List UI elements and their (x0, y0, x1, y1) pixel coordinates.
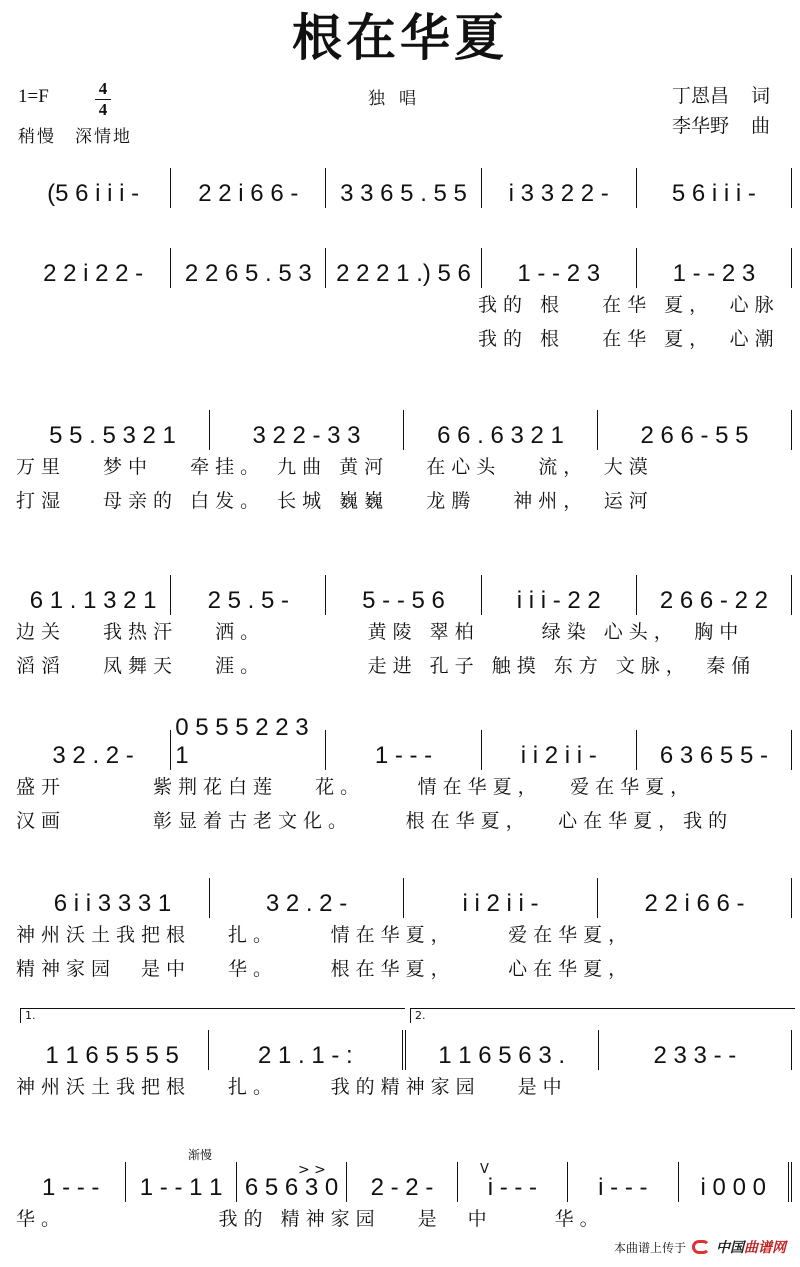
measure: 2 2 i 6 6 - (598, 878, 792, 918)
measure: 2 2 i 2 2 - (16, 248, 171, 288)
measure: 1 - - - (16, 1162, 126, 1202)
measure: i i i - 2 2 (482, 575, 637, 615)
measure: 2 2 2 1 .) 5 6 (326, 248, 481, 288)
notes-row-1: (5 6 i i i - 2 2 i 6 6 - 3 3 6 5 . 5 5 i… (16, 168, 792, 208)
measure-repeat-end: 2 1 . 1 - : (209, 1030, 405, 1070)
lyric-verse-2: 汉画 彰显着古老文化。 根在华夏， 心在华夏，我的 (16, 804, 792, 838)
measure: 0 5 5 5 2 2 3 1 (171, 730, 326, 770)
measure: 2 3 3 - - (599, 1030, 792, 1070)
measure: 2 6 6 - 2 2 (637, 575, 792, 615)
lyric-verse-2: 滔滔 凤舞天 涯。 走进 孔子 触摸 东方 文脉， 秦俑 (16, 649, 792, 683)
composer-credit: 李华野曲 (672, 115, 770, 137)
measure: 5 6 i i i - (637, 168, 792, 208)
measure: i - - - (458, 1162, 568, 1202)
measure: 1 1 6 5 5 5 5 (16, 1030, 209, 1070)
volta-second-ending: 2. (410, 1008, 795, 1023)
staff-row-1: (5 6 i i i - 2 2 i 6 6 - 3 3 6 5 . 5 5 i… (16, 168, 792, 208)
measure: 1 - - 2 3 (637, 248, 792, 288)
measure: 6 3 6 5 5 - (637, 730, 792, 770)
notes-row-5: 3 2 . 2 - 0 5 5 5 2 2 3 1 1 - - - i i 2 … (16, 730, 792, 770)
staff-row-3: 5 5 . 5 3 2 1 3 2 2 - 3 3 6 6 . 6 3 2 1 … (16, 410, 792, 518)
upload-text: 本曲谱上传于 (614, 1239, 686, 1256)
measure: 1 - - - (326, 730, 481, 770)
measure: i i 2 i i - (482, 730, 637, 770)
site-name: 中国曲谱网 (716, 1237, 786, 1257)
time-signature: 4 4 (95, 80, 111, 119)
lyricist-name: 丁恩昌 (672, 85, 729, 107)
measure: 1 1 6 5 6 3 . (406, 1030, 599, 1070)
lyric-verse-2: 精神家园 是中 华。 根在华夏， 心在华夏， (16, 952, 792, 986)
measure: 6 5 6 3 0 (237, 1162, 347, 1202)
lyricist-role: 词 (751, 85, 770, 107)
lyric-verse-1: 我的 根 在华 夏， 心脉 (16, 288, 792, 322)
lyric-verse-2: 我的 根 在华 夏， 心潮 (16, 322, 792, 356)
lyric-line: 华。 我的 精神家园 是 中 华。 (16, 1202, 792, 1236)
measure: 2 - 2 - (347, 1162, 457, 1202)
measure: (5 6 i i i - (16, 168, 171, 208)
lyric-line: 神州沃土我把根 扎。 我的精神家园 是中 (16, 1070, 792, 1104)
ritardando-marking: 渐慢 (188, 1146, 212, 1163)
lyricist-credit: 丁恩昌词 (672, 85, 770, 107)
song-title: 根在华夏 (0, 8, 800, 68)
measure: 6 1 . 1 3 2 1 (16, 575, 171, 615)
measure: 3 2 2 - 3 3 (210, 410, 404, 450)
notes-row-8: 1 - - - 1 - - 1 1 6 5 6 3 0 2 - 2 - i - … (16, 1162, 792, 1202)
measure: 3 2 . 2 - (16, 730, 171, 770)
tempo-marking: 稍慢 深情地 (18, 126, 132, 148)
time-signature-top: 4 (95, 80, 111, 98)
staff-row-6: 6 i i 3 3 3 1 3 2 . 2 - i i 2 i i - 2 2 … (16, 878, 792, 986)
notes-row-4: 6 1 . 1 3 2 1 2 5 . 5 - 5 - - 5 6 i i i … (16, 575, 792, 615)
key-signature: 1=F (18, 86, 49, 108)
measure: 3 3 6 5 . 5 5 (326, 168, 481, 208)
lyric-verse-1: 神州沃土我把根 扎。 情在华夏， 爱在华夏， (16, 918, 792, 952)
measure: 3 2 . 2 - (210, 878, 404, 918)
measure: i - - - (568, 1162, 678, 1202)
notes-row-7: 1 1 6 5 5 5 5 2 1 . 1 - : 1 1 6 5 6 3 . … (16, 1030, 792, 1070)
measure: 5 - - 5 6 (326, 575, 481, 615)
measure: 2 2 i 6 6 - (171, 168, 326, 208)
measure: 2 6 6 - 5 5 (598, 410, 792, 450)
staff-row-7: 1 1 6 5 5 5 5 2 1 . 1 - : 1 1 6 5 6 3 . … (16, 1030, 792, 1104)
measure: i i 2 i i - (404, 878, 598, 918)
time-signature-bottom: 4 (95, 101, 111, 119)
measure: 6 6 . 6 3 2 1 (404, 410, 598, 450)
staff-row-4: 6 1 . 1 3 2 1 2 5 . 5 - 5 - - 5 6 i i i … (16, 575, 792, 683)
staff-row-2: 2 2 i 2 2 - 2 2 6 5 . 5 3 2 2 2 1 .) 5 6… (16, 248, 792, 356)
lyric-verse-1: 万里 梦中 牵挂。 九曲 黄河 在心头 流， 大漠 (16, 450, 792, 484)
measure: 6 i i 3 3 3 1 (16, 878, 210, 918)
lyric-verse-1: 盛开 紫荆花白莲 花。 情在华夏， 爱在华夏， (16, 770, 792, 804)
notes-row-3: 5 5 . 5 3 2 1 3 2 2 - 3 3 6 6 . 6 3 2 1 … (16, 410, 792, 450)
measure: 5 5 . 5 3 2 1 (16, 410, 210, 450)
measure: 1 - - 1 1 (126, 1162, 236, 1202)
measure: 1 - - 2 3 (482, 248, 637, 288)
performance-type: 独唱 (368, 88, 430, 110)
staff-row-8: 1 - - - 1 - - 1 1 6 5 6 3 0 2 - 2 - i - … (16, 1162, 792, 1236)
notes-row-6: 6 i i 3 3 3 1 3 2 . 2 - i i 2 i i - 2 2 … (16, 878, 792, 918)
measure: 2 2 6 5 . 5 3 (171, 248, 326, 288)
site-logo-icon (692, 1240, 710, 1254)
lyric-verse-2: 打湿 母亲的 白发。 长城 巍巍 龙腾 神州， 运河 (16, 484, 792, 518)
composer-role: 曲 (751, 115, 770, 137)
staff-row-5: 3 2 . 2 - 0 5 5 5 2 2 3 1 1 - - - i i 2 … (16, 730, 792, 838)
measure-final: i 0 0 0 (679, 1162, 792, 1202)
measure: 2 5 . 5 - (171, 575, 326, 615)
lyric-verse-1: 边关 我热汗 洒。 黄陵 翠柏 绿染 心头， 胸中 (16, 615, 792, 649)
notes-row-2: 2 2 i 2 2 - 2 2 6 5 . 5 3 2 2 2 1 .) 5 6… (16, 248, 792, 288)
upload-watermark: 本曲谱上传于 中国曲谱网 (614, 1237, 786, 1257)
measure: i 3 3 2 2 - (482, 168, 637, 208)
composer-name: 李华野 (672, 115, 729, 137)
volta-first-ending: 1. (20, 1008, 405, 1023)
